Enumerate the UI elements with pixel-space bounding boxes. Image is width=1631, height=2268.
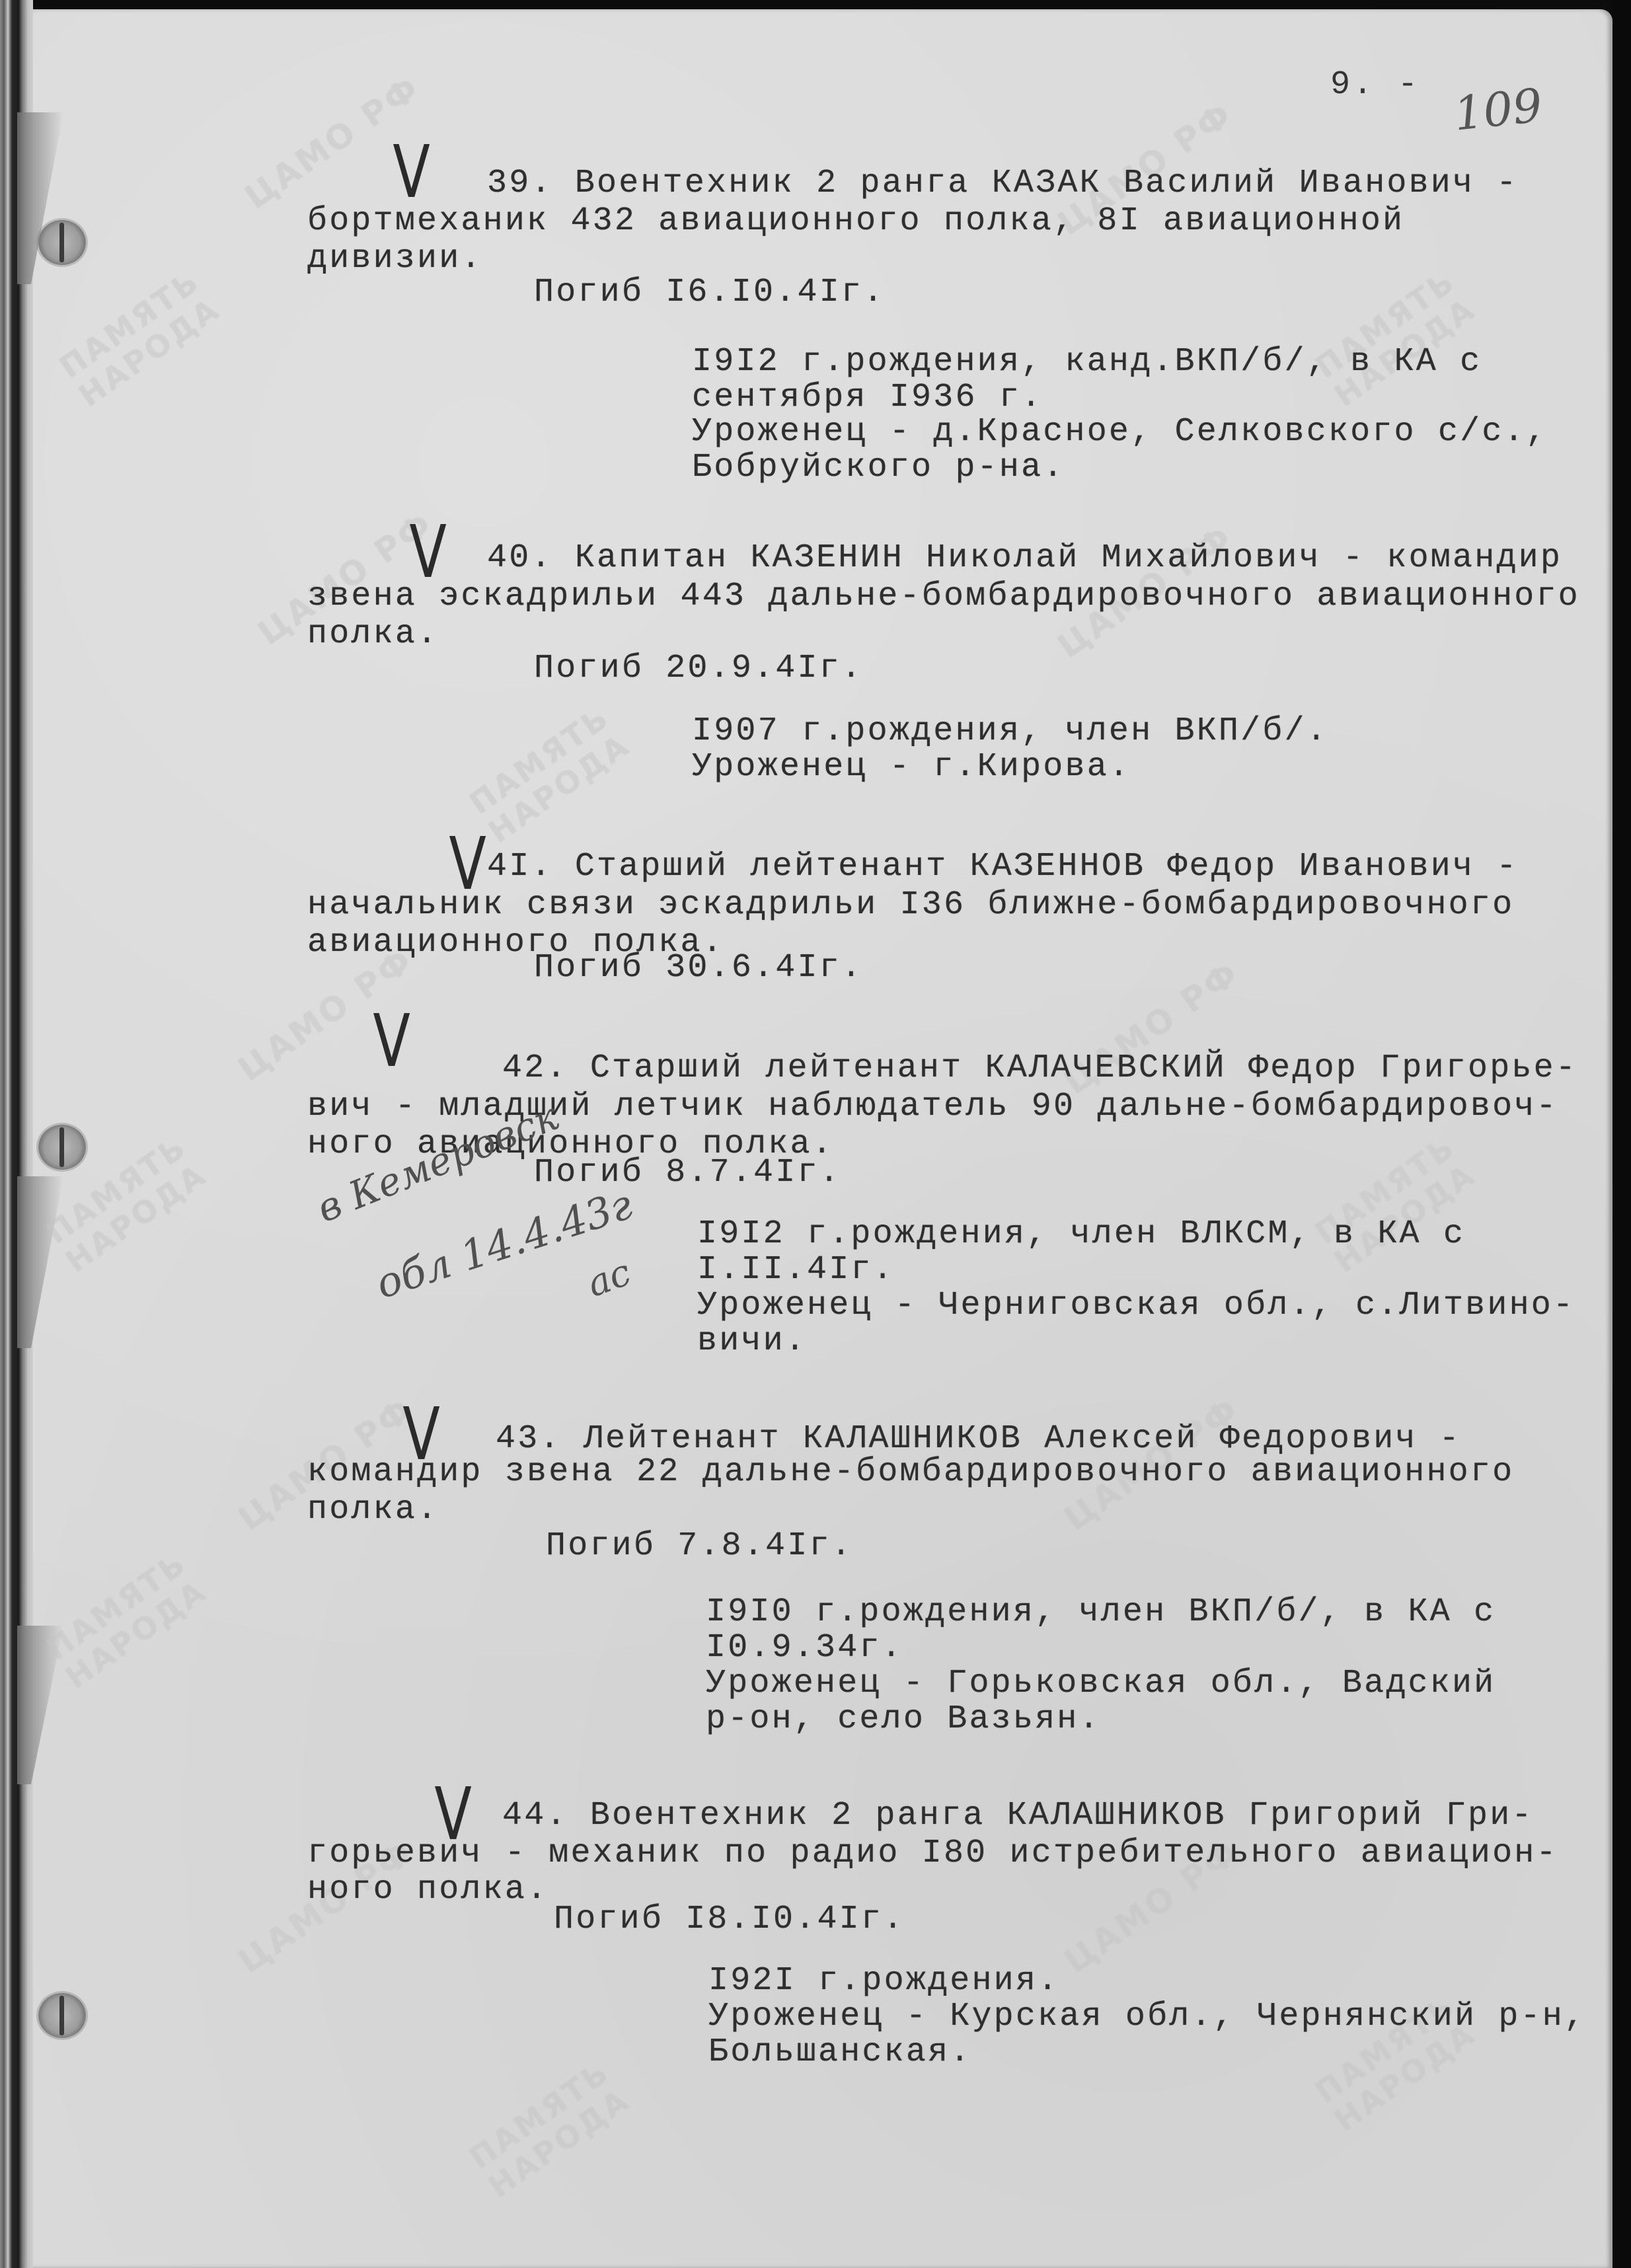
detail-line: I0.9.34г.	[706, 1628, 903, 1668]
death-date: Погиб 20.9.4Iг.	[534, 649, 863, 689]
entry-body-line: горьевич - механик по радио I80 истребит…	[307, 1834, 1558, 1873]
detail-line: I9I0 г.рождения, член ВКП/б/, в КА с	[706, 1593, 1496, 1632]
binding-thread	[13, 0, 17, 2268]
detail-line: сентября I936 г.	[692, 378, 1043, 418]
entry-heading-line: 40. Капитан КАЗЕНИН Николай Михайлович -…	[487, 539, 1562, 578]
entry-heading-line: 39. Воентехник 2 ранга КАЗАК Василий Ива…	[487, 164, 1519, 204]
detail-line: Уроженец - Горьковская обл., Вадский	[706, 1664, 1496, 1704]
detail-line: Большанская.	[708, 2033, 971, 2072]
punch-hole-icon	[38, 1125, 86, 1170]
entry-body-line: ного полка.	[307, 1870, 549, 1910]
entry-heading-line: 44. Воентехник 2 ранга КАЛАШНИКОВ Григор…	[502, 1796, 1534, 1836]
death-date: Погиб 30.6.4Iг.	[534, 948, 863, 988]
entry-body-line: дивизии.	[307, 239, 483, 279]
scan-border	[1612, 0, 1631, 2268]
detail-line: р-он, село Вазьян.	[706, 1700, 1101, 1739]
detail-line: Уроженец - д.Красное, Селковского с/с.,	[692, 412, 1548, 452]
detail-line: I907 г.рождения, член ВКП/б/.	[692, 712, 1328, 751]
entry-body-line: полка.	[307, 1490, 439, 1530]
death-date: Погиб 8.7.4Iг.	[534, 1153, 841, 1193]
entry-body-line: начальник связи эскадрильи I36 ближне-бо…	[307, 886, 1514, 925]
punch-hole-icon	[38, 1993, 86, 2038]
folio-number: 109	[1451, 78, 1544, 141]
detail-line: вичи.	[697, 1322, 807, 1361]
punch-hole-icon	[38, 220, 86, 265]
detail-line: Уроженец - Курская обл., Чернянский р-н,	[708, 1997, 1586, 2037]
entry-body-line: полка.	[307, 615, 439, 654]
detail-line: I9I2 г.рождения, член ВЛКСМ, в КА с	[697, 1215, 1465, 1254]
entry-body-line: командир звена 22 дальне-бомбардировочно…	[307, 1453, 1514, 1492]
entry-heading-line: 4I. Старший лейтенант КАЗЕННОВ Федор Ива…	[487, 847, 1519, 887]
death-date: Погиб I6.I0.4Iг.	[534, 273, 885, 313]
checkmark-icon: V	[393, 135, 430, 208]
page-number: 9. -	[1330, 66, 1420, 104]
detail-line: I92I г.рождения.	[708, 1961, 1059, 2001]
entry-heading-line: 42. Старший лейтенант КАЛАЧЕВСКИЙ Федор …	[502, 1049, 1577, 1088]
death-date: Погиб 7.8.4Iг.	[546, 1527, 853, 1566]
death-date: Погиб I8.I0.4Iг.	[554, 1900, 905, 1940]
entry-body-line: бортмеханик 432 авиационного полка, 8I а…	[307, 202, 1404, 241]
detail-line: I.II.4Iг.	[697, 1250, 895, 1290]
detail-line: Уроженец - Черниговская обл., с.Литвино-	[697, 1286, 1575, 1326]
detail-line: Уроженец - г.Кирова.	[692, 747, 1131, 787]
detail-line: I9I2 г.рождения, канд.ВКП/б/, в КА с	[692, 342, 1482, 382]
detail-line: Бобруйского р-на.	[692, 448, 1065, 488]
entry-body-line: звена эскадрильи 443 дальне-бомбардирово…	[307, 577, 1580, 617]
checkmark-icon: V	[373, 1004, 410, 1077]
